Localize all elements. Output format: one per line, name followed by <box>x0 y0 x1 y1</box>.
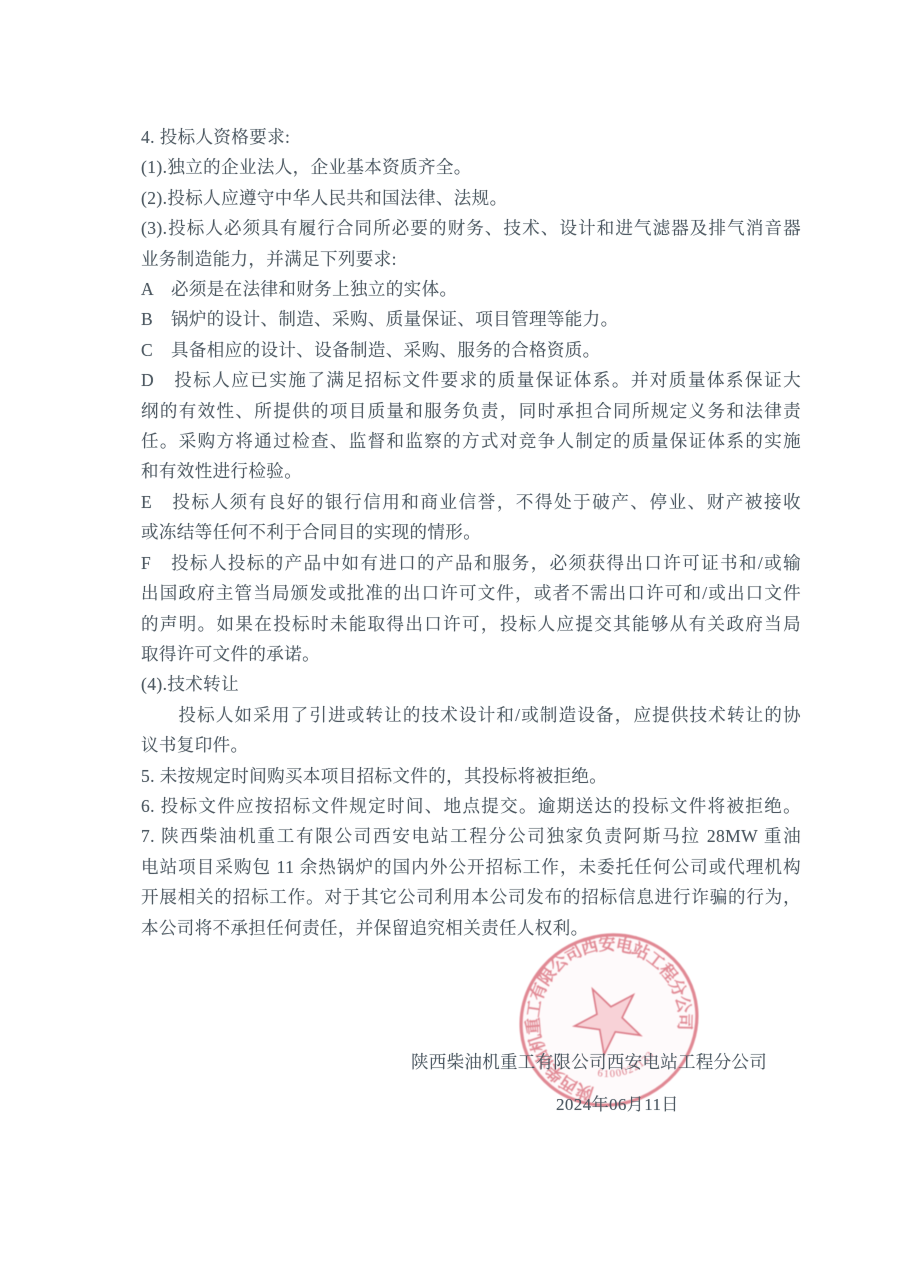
signature-date: 2024年06月11日 <box>556 1090 679 1115</box>
document-line: 7. 陕西柴油机重工有限公司西安电站工程分公司独家负责阿斯马拉 28MW 重油 <box>141 821 801 851</box>
document-line: 或冻结等任何不利于合同目的实现的情形。 <box>141 517 801 547</box>
document-text-block: 4. 投标人资格要求:(1).独立的企业法人，企业基本资质齐全。(2).投标人应… <box>141 122 801 943</box>
document-line: 议书复印件。 <box>141 730 801 760</box>
document-line: A 必须是在法律和财务上独立的实体。 <box>141 274 801 304</box>
document-line: (4).技术转让 <box>141 669 801 699</box>
document-line: E 投标人须有良好的银行信用和商业信誉，不得处于破产、停业、财产被接收 <box>141 487 801 517</box>
document-line: 的声明。如果在投标时未能取得出口许可，投标人应提交其能够从有关政府当局 <box>141 609 801 639</box>
seal-graphic: 陕西柴油机重工有限公司西安电站工程分公司 6100022133 <box>512 930 712 1116</box>
document-line: 投标人如采用了引进或转让的技术设计和/或制造设备，应提供技术转让的协 <box>141 700 801 730</box>
document-line: B 锅炉的设计、制造、采购、质量保证、项目管理等能力。 <box>141 304 801 334</box>
company-seal-stamp: 陕西柴油机重工有限公司西安电站工程分公司 6100022133 <box>512 930 712 1116</box>
document-line: 取得许可文件的承诺。 <box>141 639 801 669</box>
document-line: 纲的有效性、所提供的项目质量和服务负责，同时承担合同所规定义务和法律责 <box>141 396 801 426</box>
document-line: F 投标人投标的产品中如有进口的产品和服务，必须获得出口许可证书和/或输 <box>141 548 801 578</box>
document-line: 5. 未按规定时间购买本项目招标文件的，其投标将被拒绝。 <box>141 761 801 791</box>
document-line: 开展相关的招标工作。对于其它公司利用本公司发布的招标信息进行诈骗的行为， <box>141 882 801 912</box>
document-line: 电站项目采购包 11 余热锅炉的国内外公开招标工作，未委托任何公司或代理机构 <box>141 852 801 882</box>
signature-company-name: 陕西柴油机重工有限公司西安电站工程分公司 <box>411 1049 767 1074</box>
document-line: 6. 投标文件应按招标文件规定时间、地点提交。逾期送达的投标文件将被拒绝。 <box>141 791 801 821</box>
document-line: 4. 投标人资格要求: <box>141 122 801 152</box>
document-line: 和有效性进行检验。 <box>141 456 801 486</box>
document-line: D 投标人应已实施了满足招标文件要求的质量保证体系。并对质量体系保证大 <box>141 365 801 395</box>
document-line: C 具备相应的设计、设备制造、采购、服务的合格资质。 <box>141 335 801 365</box>
document-line: (2).投标人应遵守中华人民共和国法律、法规。 <box>141 183 801 213</box>
document-line: 出国政府主管当局颁发或批准的出口许可文件，或者不需出口许可和/或出口文件 <box>141 578 801 608</box>
scanned-document-page: 4. 投标人资格要求:(1).独立的企业法人，企业基本资质齐全。(2).投标人应… <box>0 0 904 1280</box>
document-line: 业务制造能力，并满足下列要求: <box>141 244 801 274</box>
document-line: 任。采购方将通过检查、监督和监察的方式对竞争人制定的质量保证体系的实施 <box>141 426 801 456</box>
document-line: (3).投标人必须具有履行合同所必要的财务、技术、设计和进气滤器及排气消音器 <box>141 213 801 243</box>
document-line: (1).独立的企业法人，企业基本资质齐全。 <box>141 152 801 182</box>
